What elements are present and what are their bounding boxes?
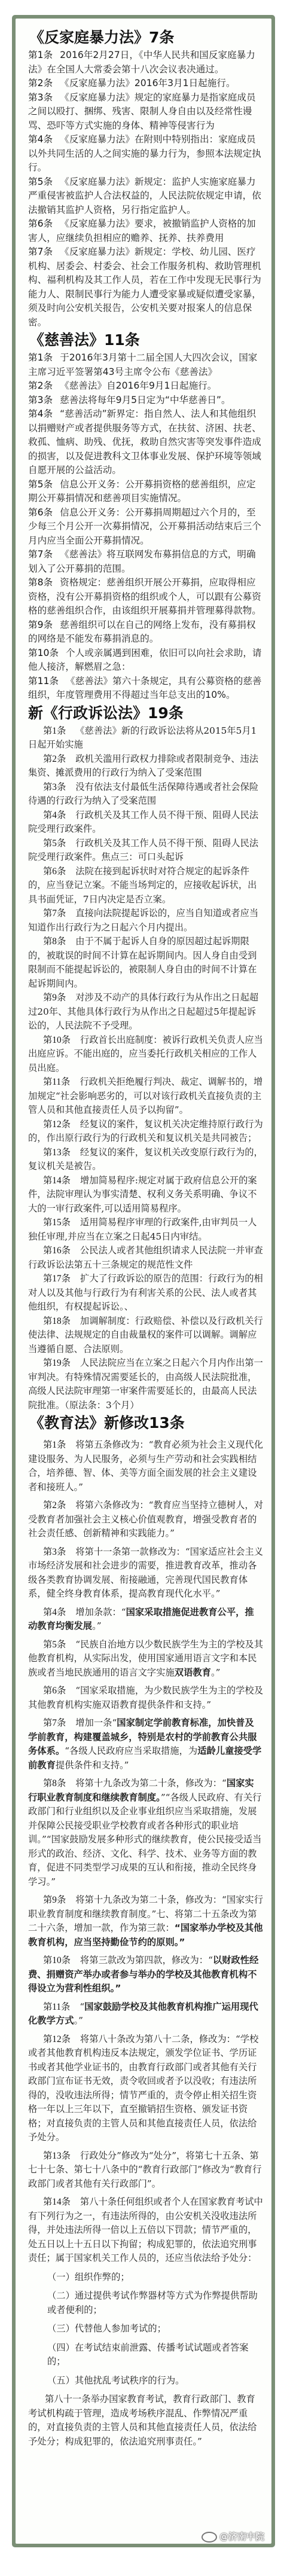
article-text: 慈善组织可以在自己的网络上发布，没有募捐权的网络是不能发布募捐消息的。	[28, 619, 256, 645]
article-text: 《反家庭暴力法》2016年3月1日起施行。	[60, 78, 235, 88]
article-number: 第3条	[28, 92, 53, 103]
sub-item-list: （一）组织作弊的；（二）通过提供考试作弊器材等方式为作弊提供帮助或者便利的；（三…	[28, 2270, 263, 2388]
article-item: 第8条将第十九条改为第二十条，修改为：“国家实行职业教育制度和继续教育制度。”“…	[28, 1777, 263, 1889]
article-number: 第2条	[28, 78, 53, 88]
article-item: 第9条对涉及不动产的具体行政行为从作出之日起超过20年、其他具体行政行为从作出之…	[28, 991, 263, 1033]
weibo-watermark: @济南中院	[201, 2530, 264, 2543]
article-item: 第14条第八十条任何组织或者个人在国家教育考试中有下列行为之一，有违法所得的，由…	[28, 2195, 263, 2266]
article-number: 第1条	[28, 50, 53, 60]
article-item: 第1条将第五条修改为：“教育必须为社会主义现代化建设服务、为人民服务，必须与生产…	[28, 1438, 263, 1494]
article-text: 慈善法将每年9月5日定为“中华慈善日”。	[60, 395, 231, 405]
article-list: 第1条《慈善法》新的行政诉讼法将从2015年5月1日起开始实施第2条政机关滥用行…	[28, 724, 263, 1413]
article-list: 第1条于2016年3月第十二届全国人大四次会议，国家主席习近平签署第43号主席令…	[28, 351, 263, 703]
article-number: 第2条	[28, 380, 53, 391]
section-title: 《慈善法》11条	[28, 329, 263, 351]
article-number: 第8条	[43, 1778, 66, 1788]
document-paper: 《反家庭暴力法》7条 第1条2016年2月27日，《中华人民共和国反家庭暴力法》…	[16, 19, 271, 2544]
article-number: 第1条	[43, 1440, 66, 1450]
article-number: 第6条	[43, 1686, 66, 1696]
article-item: 第6条《反家庭暴力法》要求，被撤销监护人资格的加害人，应继续负担相应的赡养、抚养…	[28, 217, 263, 245]
article-item: 第11条《慈善法》第六十条规定，具有公募资格的慈善组织，年度管理费用不得超过当年…	[28, 674, 263, 703]
article-text: 2016年2月27日，《中华人民共和国反家庭暴力法》在全国人大常委会第十八次会议…	[28, 50, 255, 75]
article-text: 个人或亲属遇到困难，依旧可以向社会求助，请他人接济，解燃眉之急：	[28, 648, 262, 673]
article-number: 第19条	[43, 1358, 71, 1368]
article-number: 第17条	[43, 1274, 71, 1284]
article-number: 第13条	[43, 2151, 71, 2161]
article-number: 第9条	[43, 1895, 66, 1905]
sub-item: （四）在考试结束前泄露、传播考试试题或者答案的；	[28, 2341, 263, 2369]
article-item: 第2条将第六条修改为：“教育应当坚持立德树人，对受教育者加强社会主义核心价值观教…	[28, 1498, 263, 1541]
article-item: 第11条行政机关拒绝履行判决、裁定、调解书的，增加规定“社会影响恶劣的，可以对该…	[28, 1075, 263, 1118]
article-number: 第2条	[43, 1500, 66, 1510]
article-text: 。”	[211, 1667, 220, 1678]
article-text: 将第三款改为第四款，修改为：“	[80, 1955, 213, 1965]
article-number: 第7条	[28, 246, 53, 257]
article-item: 第13条行政处分”修改为“处分”，将第七十五条、第七十七条、第七十八条中的“教育…	[28, 2149, 263, 2192]
article-number: 第7条	[43, 1718, 66, 1728]
article-item: 第8条资格规定：慈善组织开展公开募捐，应取得相应资格，没有公开募捐资格的组织或个…	[28, 576, 263, 618]
article-number: 第1条	[43, 726, 66, 736]
article-item: 第3条没有依法支付最低生活保障待遇或者社会保险待遇的行政行为纳入了受案范围	[28, 780, 263, 808]
article-text: 。”	[92, 1620, 101, 1631]
article-number: 第6条	[28, 507, 53, 518]
article-number: 第12条	[43, 2034, 71, 2044]
watermark-text: @济南中院	[219, 2531, 264, 2542]
article-item: 第16条公民法人或者其他组织请求人民法院一并审查行政诉讼法第五十三条规定的规范性…	[28, 1244, 263, 1272]
section-anti-domestic-violence-law: 《反家庭暴力法》7条 第1条2016年2月27日，《中华人民共和国反家庭暴力法》…	[28, 27, 263, 329]
article-item: 第11条“国家鼓励学校及其他教育机构推广运用现代化教学方式。”	[28, 2000, 263, 2028]
article-number: 第3条	[43, 782, 66, 792]
article-item: 第7条增加一条“国家制定学前教育标准，加快普及学前教育，构建覆盖城乡，特别是农村…	[28, 1716, 263, 1772]
article-number: 第1条	[28, 352, 53, 363]
article-text: 增加条款：“	[75, 1607, 126, 1617]
article-item: 第2条政机关滥用行政权力排除或者限制竞争、违法集资、摊派费用的行政行为纳入了受案…	[28, 752, 263, 780]
article-number: 第9条	[28, 619, 53, 630]
article-number: 第4条	[43, 810, 66, 820]
article-item: 第10条将第三款改为第四款，修改为：“以财政性经费、捐赠资产举办或者参与举办的学…	[28, 1954, 263, 1996]
article-number: 第5条	[28, 479, 53, 490]
article-text: 《反家庭暴力法》在附则中特别指出：家庭成员以外共同生活的人之间实施的暴力行为，参…	[28, 134, 261, 173]
article-text: 《慈善法》自2016年9月1日起施行。	[60, 380, 216, 391]
article-number: 第18条	[43, 1316, 71, 1326]
section-title: 《反家庭暴力法》7条	[28, 27, 263, 48]
article-text: 于2016年3月第十二届全国人大四次会议，国家主席习近平签署第43号主席令公布《…	[28, 352, 257, 377]
article-item: 第3条慈善法将每年9月5日定为“中华慈善日”。	[28, 393, 263, 408]
article-number: 第5条	[28, 176, 53, 187]
article-item: 第5条《反家庭暴力法》新规定：监护人实施家庭暴力严重侵害被监护人合法权益的，人民…	[28, 175, 263, 218]
article-item: 第19条人民法院应当在立案之日起六个月内作出第一审判决。有特殊情况需要延长的，由…	[28, 1356, 263, 1412]
article-number: 第4条	[28, 408, 53, 419]
article-number: 第8条	[28, 577, 53, 588]
article-number: 第16条	[43, 1246, 71, 1256]
article-item: 第5条“民族自治地方以少数民族学生为主的学校及其他教育机构，从实际出发，使用国家…	[28, 1638, 263, 1680]
article-number: 第10条	[28, 648, 59, 658]
article-text: 《慈善法》第六十条规定，具有公募资格的慈善组织，年度管理费用不得超过当年总支出的…	[28, 676, 262, 701]
article-item: 第10条行政首长出庭制度：被诉行政机关负责人应当出庭应诉。不能出庭的，应当委托行…	[28, 1033, 263, 1076]
sub-item: （三）代替他人参加考试的；	[28, 2322, 263, 2336]
article-text: 将第八十条改为第八十二条，修改为：“学校或者其他教育机构违反本法规定，颁发学位证…	[28, 2034, 258, 2143]
section-charity-law: 《慈善法》11条 第1条于2016年3月第十二届全国人大四次会议，国家主席习近平…	[28, 329, 263, 703]
article-number: 第6条	[28, 218, 53, 229]
article-number: 第10条	[43, 1955, 71, 1965]
section-title: 《教育法》新修改13条	[28, 1412, 263, 1434]
article-text: 信息公开义务：公开募捐资格的慈善组织，应定期公开募捐情况和慈善项目实施情况。	[28, 479, 256, 504]
article-item: 第1条《慈善法》新的行政诉讼法将从2015年5月1日起开始实施	[28, 724, 263, 752]
section-title: 新《行政诉讼法》19条	[28, 703, 263, 724]
section-education-law: 《教育法》新修改13条 第1条将第五条修改为：“教育必须为社会主义现代化建设服务…	[28, 1412, 263, 2449]
article-number: 第3条	[28, 395, 53, 405]
article-item: 第9条将第十九条改为第二十条，修改为：“国家实行职业教育制度和继续教育制度。”七…	[28, 1893, 263, 1949]
closing-paragraph: 第八十一条举办国家教育考试，教育行政部门、教育考试机构疏于管理，造成考场秩序混乱…	[28, 2392, 263, 2449]
article-text: “	[80, 2001, 84, 2012]
article-item: 第5条信息公开义务：公开募捐资格的慈善组织，应定期公开募捐情况和慈善项目实施情况…	[28, 478, 263, 506]
article-item: 第1条于2016年3月第十二届全国人大四次会议，国家主席习近平签署第43号主席令…	[28, 351, 263, 379]
article-item: 第4条“慈善活动”新界定：指自然人、法人和其他组织以捐赠财产或者提供服务等方式，…	[28, 407, 263, 478]
sub-item: （二）通过提供考试作弊器材等方式为作弊提供帮助或者便利的；	[28, 2289, 263, 2317]
article-text-bold: 双语教育	[175, 1667, 211, 1678]
article-number: 第6条	[43, 866, 66, 877]
document-frame: 《反家庭暴力法》7条 第1条2016年2月27日，《中华人民共和国反家庭暴力法》…	[12, 15, 275, 2547]
article-text: 。”	[74, 2015, 83, 2026]
article-item: 第5条行政机关及其工作人员不得干预、阻碍人民法院受理行政案件。焦点三：可口头起诉	[28, 837, 263, 865]
weibo-icon	[201, 2532, 217, 2543]
article-number: 第7条	[43, 908, 66, 918]
article-item: 第18条加调解制度：行政赔偿、补偿以及行政机关行使法律、法规规定的自由裁量权的案…	[28, 1314, 263, 1357]
article-item: 第1条2016年2月27日，《中华人民共和国反家庭暴力法》在全国人大常委会第十八…	[28, 48, 263, 77]
article-number: 第9条	[43, 993, 66, 1003]
article-text: 增加一条“	[75, 1717, 117, 1728]
article-item: 第7条《慈善法》将互联网发布募捐信息的方式，明确划入了公开募捐的范围。	[28, 548, 263, 576]
article-text: 信息公开义务：公开募捐周期超过六个月的，至少每三个月公开一次募捐情况，公开募捐活…	[28, 507, 261, 546]
article-list: 第1条将第五条修改为：“教育必须为社会主义现代化建设服务、为人民服务，必须与生产…	[28, 1438, 263, 2266]
article-item: 第13条经复议的案件，复议机关改变原行政行为的，复议机关是被告。	[28, 1146, 263, 1174]
article-item: 第8条由于不属于起诉人自身的原因超过起诉期限的，被耽误的时间不计算在起诉期间内。…	[28, 935, 263, 991]
article-list: 第1条2016年2月27日，《中华人民共和国反家庭暴力法》在全国人大常委会第十八…	[28, 48, 263, 329]
article-text: “慈善活动”新界定：指自然人、法人和其他组织以捐赠财产或者提供服务等方式，在扶贫…	[28, 408, 261, 475]
article-number: 第4条	[28, 134, 53, 145]
article-item: 第12条将第八十条改为第八十二条，修改为：“学校或者其他教育机构违反本法规定，颁…	[28, 2032, 263, 2145]
article-item: 第4条增加条款：“国家采取措施促进教育公平，推动教育均衡发展。”	[28, 1606, 263, 1634]
article-text: 《反家庭暴力法》规定的家庭暴力是指家庭成员之间以殴打、捆绑、残害、限制人身自由以…	[28, 92, 256, 131]
sub-item: （一）组织作弊的；	[28, 2270, 263, 2285]
article-number: 第14条	[43, 2197, 71, 2207]
sub-item: （五）其他扰乱考试秩序的行为。	[28, 2374, 263, 2388]
article-item: 第9条慈善组织可以在自己的网络上发布，没有募捐权的网络是不能发布募捐消息的。	[28, 618, 263, 646]
article-text: 将第十九条改为第二十条，修改为：“	[75, 1778, 227, 1788]
article-text: 《慈善法》将互联网发布募捐信息的方式，明确划入了公开募捐的范围。	[28, 549, 256, 574]
article-item: 第3条将第十一条第一款修改为：“国家适应社会主义市场经济发展和社会进步的需要，推…	[28, 1545, 263, 1601]
article-item: 第4条《反家庭暴力法》在附则中特别指出：家庭成员以外共同生活的人之间实施的暴力行…	[28, 133, 263, 175]
article-item: 第7条直接向法院提起诉讼的，应当自知道或者应当知道作出行政行为之日起六个月内提出…	[28, 907, 263, 935]
article-item: 第10条个人或亲属遇到困难，依旧可以向社会求助，请他人接济，解燃眉之急：	[28, 646, 263, 674]
article-item: 第2条《慈善法》自2016年9月1日起施行。	[28, 379, 263, 393]
article-number: 第15条	[43, 1217, 71, 1228]
article-number: 第13条	[43, 1147, 71, 1158]
article-number: 第10条	[43, 1035, 71, 1045]
article-item: 第7条《反家庭暴力法》新规定：学校、幼儿园、医疗机构、居委会、村委会、社会工作服…	[28, 245, 263, 329]
article-number: 第11条	[28, 676, 59, 686]
article-text: 《反家庭暴力法》新规定：学校、幼儿园、医疗机构、居委会、村委会、社会工作服务机构…	[28, 246, 261, 328]
article-number: 第2条	[43, 754, 66, 764]
article-item: 第14条增加简易程序:规定对属于政府信息公开的案件，法院审理认为事实清楚、权利义…	[28, 1174, 263, 1216]
article-text: “各级人民政府应当采取措施，为	[65, 1745, 197, 1756]
article-number: 第12条	[43, 1119, 71, 1130]
article-number: 第4条	[43, 1607, 66, 1617]
article-number: 第3条	[43, 1547, 66, 1557]
article-number: 第8条	[43, 936, 66, 947]
article-text: 《反家庭暴力法》新规定：监护人实施家庭暴力严重侵害被监护人合法权益的，人民法院依…	[28, 176, 261, 215]
article-item: 第15条适用简易程序审理的行政案件,由审判员一人独任审理,并应当在立案之日起45…	[28, 1216, 263, 1244]
article-number: 第11条	[43, 1077, 70, 1087]
article-number: 第14条	[43, 1176, 71, 1186]
article-text: ”“各级人民政府、有关行政部门和行业组织以及企业事业组织应当采取措施，发展并保障…	[28, 1792, 261, 1887]
article-item: 第2条《反家庭暴力法》2016年3月1日起施行。	[28, 77, 263, 91]
article-text: 资格规定：慈善组织开展公开募捐，应取得相应资格，没有公开募捐资格的组织或个人，可…	[28, 577, 261, 616]
article-item: 第4条行政机关及其工作人员不得干预、阻碍人民法院受理行政案件。	[28, 808, 263, 837]
article-number: 第7条	[28, 549, 53, 560]
article-number: 第5条	[43, 838, 66, 849]
article-number: 第5条	[43, 1640, 66, 1650]
article-item: 第6条法院在接到起诉状时对符合规定的起诉条件的，应当登记立案。不能当场判定的，应…	[28, 865, 263, 907]
article-item: 第17条扩大了行政诉讼的原告的范围：行政行为的相对人以及其他与行政行为有利害关系…	[28, 1272, 263, 1314]
article-item: 第6条信息公开义务：公开募捐周期超过六个月的，至少每三个月公开一次募捐情况，公开…	[28, 506, 263, 548]
article-number: 第11条	[43, 2002, 70, 2012]
article-item: 第12条经复议的案件，复议机关决定维持原行政行为的，作出原行政行为的行政机关和复…	[28, 1118, 263, 1146]
section-administrative-litigation-law: 新《行政诉讼法》19条 第1条《慈善法》新的行政诉讼法将从2015年5月1日起开…	[28, 703, 263, 1413]
article-item: 第3条《反家庭暴力法》规定的家庭暴力是指家庭成员之间以殴打、捆绑、残害、限制人身…	[28, 91, 263, 133]
article-item: 第6条“国家采取措施，为少数民族学生为主的学校及其他教育机构实施双语教育提供条件…	[28, 1684, 263, 1712]
article-text: 《反家庭暴力法》要求，被撤销监护人资格的加害人，应继续负担相应的赡养、抚养、扶养…	[28, 218, 256, 243]
article-text: 提供条件和支持。”	[56, 1760, 129, 1771]
